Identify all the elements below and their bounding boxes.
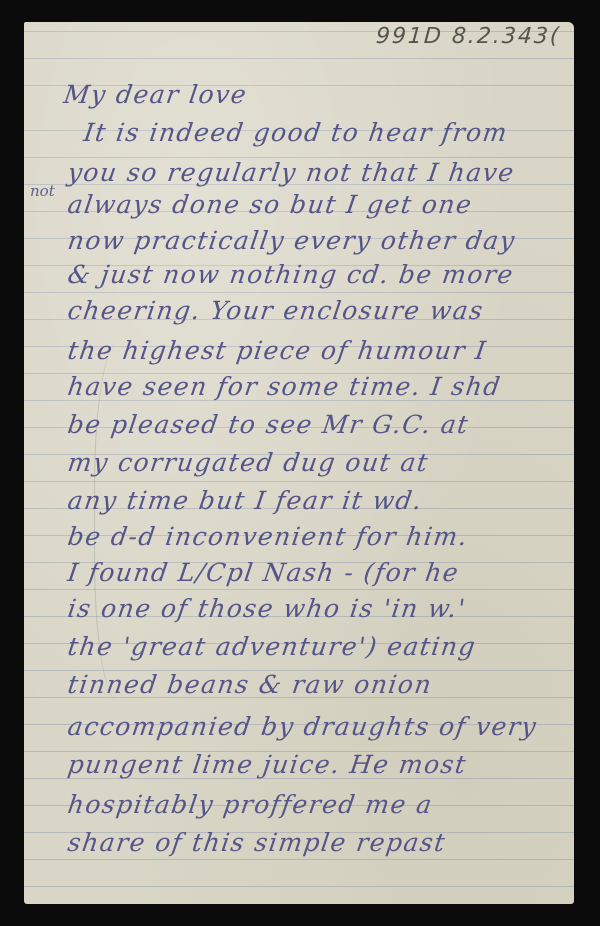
letter-line: pungent lime juice. He most <box>66 750 469 779</box>
letter-line: hospitably proffered me a <box>66 790 435 819</box>
letter-line: have seen for some time. I shd <box>66 372 503 401</box>
letter-line: & just now nothing cd. be more <box>66 260 516 289</box>
letter-page: 991D 8.2.343( not My dear love It is ind… <box>24 22 574 904</box>
letter-line: any time but I fear it wd. <box>66 486 425 515</box>
letter-line: share of this simple repast <box>66 828 448 857</box>
letter-line: I found L/Cpl Nash - (for he <box>66 558 461 587</box>
letter-line: my corrugated dug out at <box>66 448 431 477</box>
letter-line: always done so but I get one <box>66 190 475 219</box>
salutation: My dear love <box>62 80 249 109</box>
letter-line: It is indeed good to hear from <box>82 118 510 147</box>
letter-line: now practically every other day <box>66 226 518 255</box>
archive-reference: 991D 8.2.343( <box>375 24 561 49</box>
letter-line: the highest piece of humour I <box>66 336 489 365</box>
letter-line: you so regularly not that I have <box>66 158 517 187</box>
letter-line: cheering. Your enclosure was <box>66 296 486 325</box>
letter-line: be pleased to see Mr G.C. at <box>66 410 471 439</box>
letter-line: the 'great adventure') eating <box>66 632 478 661</box>
letter-line: tinned beans & raw onion <box>66 670 434 699</box>
letter-line: accompanied by draughts of very <box>66 712 539 741</box>
margin-note: not <box>30 182 55 200</box>
letter-line: be d-d inconvenient for him. <box>66 522 470 551</box>
letter-line: is one of those who is 'in w.' <box>66 594 468 623</box>
